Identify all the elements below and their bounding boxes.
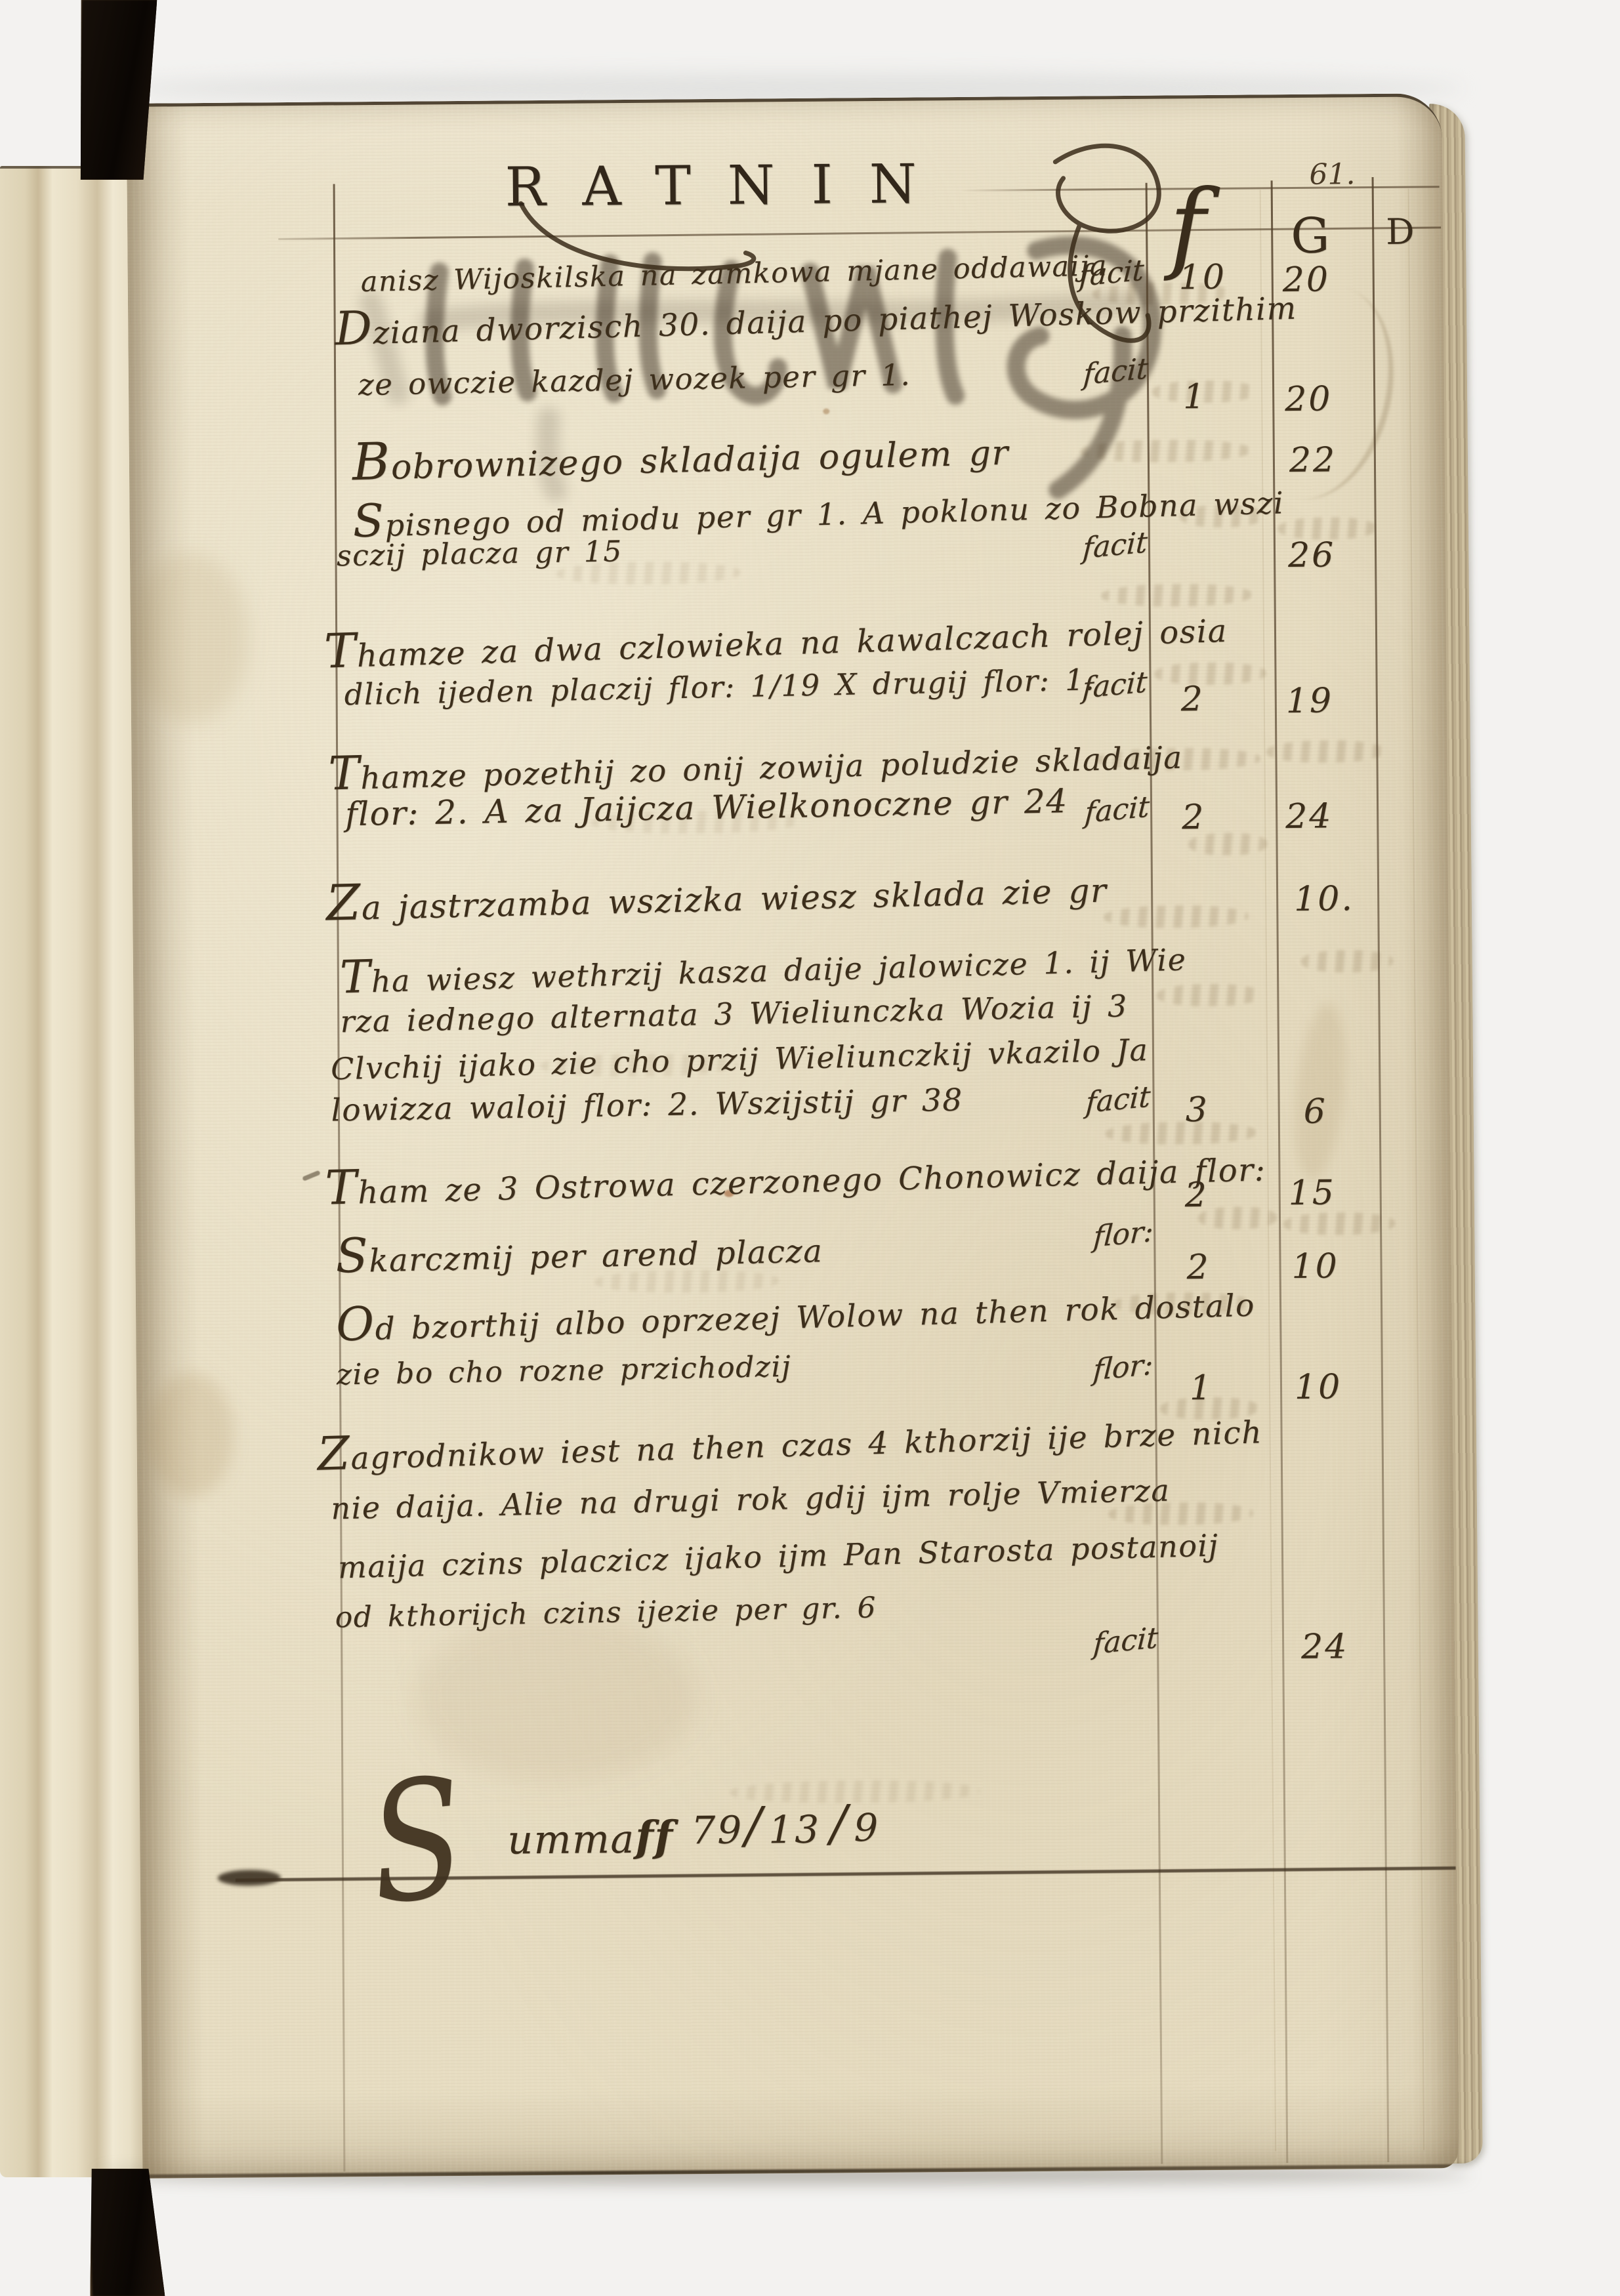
amount-label: facit: [1082, 525, 1149, 565]
stain: [130, 552, 249, 723]
stain: [148, 1372, 234, 1498]
groschen-value: 6: [1304, 1092, 1328, 1132]
summa-denars: 9: [854, 1805, 880, 1850]
amount-label: facit: [1082, 352, 1149, 392]
amount-label: facit: [1092, 1621, 1159, 1661]
bleedthrough-text: [1157, 983, 1262, 1006]
entry-line: sczij placza gr 15: [337, 535, 623, 573]
summa-florins: 79: [691, 1808, 743, 1853]
groschen-value: 24: [1285, 797, 1333, 837]
florins-value: 1: [1183, 377, 1207, 417]
folio-number: 61.: [1309, 157, 1355, 192]
florins-value: 10: [1179, 258, 1227, 298]
florins-value: 2: [1182, 798, 1206, 837]
groschen-value: 24: [1301, 1627, 1349, 1667]
page-title: RATNIN: [505, 153, 953, 218]
groschen-value: 22: [1289, 440, 1337, 480]
florins-value: 3: [1185, 1090, 1209, 1130]
groschen-value: 10.: [1294, 879, 1354, 919]
amount-label: facit: [1078, 253, 1145, 293]
florins-value: 2: [1181, 680, 1205, 719]
amount-label: flor:: [1092, 1347, 1153, 1387]
groschen-value: 10: [1291, 1246, 1339, 1286]
ledger-page: 61. RATNIN f G D anisz Wijoskilska na za…: [127, 93, 1459, 2179]
groschen-value: 10: [1295, 1367, 1342, 1407]
column-header-denars: D: [1386, 211, 1415, 253]
amount-label: flor:: [1092, 1214, 1154, 1254]
groschen-value: 20: [1283, 260, 1331, 300]
groschen-value: 19: [1286, 682, 1334, 722]
florins-value: 2: [1186, 1248, 1211, 1287]
bookmark-ribbon-bottom: [86, 2169, 165, 2296]
groschen-value: 26: [1288, 535, 1336, 575]
bleedthrough-text: [1154, 662, 1266, 685]
column-header-groschen: G: [1291, 208, 1330, 264]
bleedthrough-text: [1104, 905, 1248, 929]
amount-label: facit: [1081, 665, 1148, 705]
amount-label: facit: [1085, 1080, 1152, 1120]
summa-groschen: 13: [768, 1807, 821, 1853]
manuscript-scan: 61. RATNIN f G D anisz Wijoskilska na za…: [0, 0, 1620, 2296]
entry-line: Skarczmij per arend placza: [335, 1218, 823, 1283]
summa-separator: /: [830, 1794, 848, 1852]
bleedthrough-text: [1283, 1212, 1395, 1235]
florins-value: 2: [1184, 1176, 1209, 1215]
summa-word: umma: [507, 1816, 635, 1864]
bleedthrough-text: [1266, 740, 1384, 763]
summa-separator: /: [745, 1795, 763, 1854]
groschen-value: 15: [1288, 1173, 1336, 1213]
summa-currency: ff: [635, 1812, 674, 1861]
florins-value: 1: [1190, 1368, 1214, 1408]
summa-initial: S: [362, 1742, 473, 1940]
bookmark-ribbon-top: [75, 0, 157, 180]
groschen-value: 20: [1285, 380, 1333, 420]
amount-label: facit: [1084, 790, 1151, 830]
bleedthrough-text: [1198, 1206, 1277, 1229]
